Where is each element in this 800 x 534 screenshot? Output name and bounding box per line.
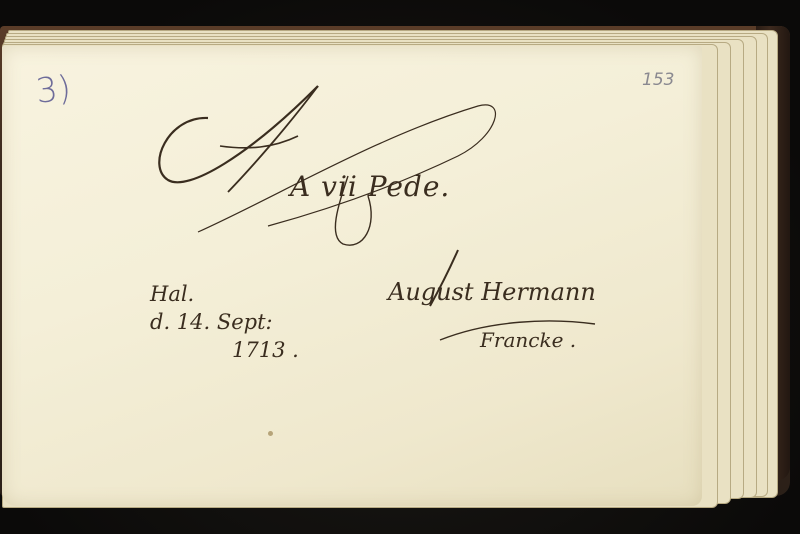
place-text: Hal. bbox=[150, 282, 194, 306]
signature-flourish bbox=[380, 248, 680, 348]
date-text: d. 14. Sept: bbox=[150, 310, 273, 334]
pencil-page-number: 3) bbox=[34, 68, 73, 111]
calligraphic-flourish-A bbox=[148, 76, 508, 256]
photo-background: 3) 153 A vii Pede. Hal. d. 14. Sept: 171… bbox=[0, 0, 800, 534]
paper-stain bbox=[268, 431, 273, 436]
motto-text: A vii Pede. bbox=[290, 170, 450, 203]
year-text: 1713 . bbox=[232, 338, 299, 362]
pencil-folio-number: 153 bbox=[642, 70, 674, 90]
